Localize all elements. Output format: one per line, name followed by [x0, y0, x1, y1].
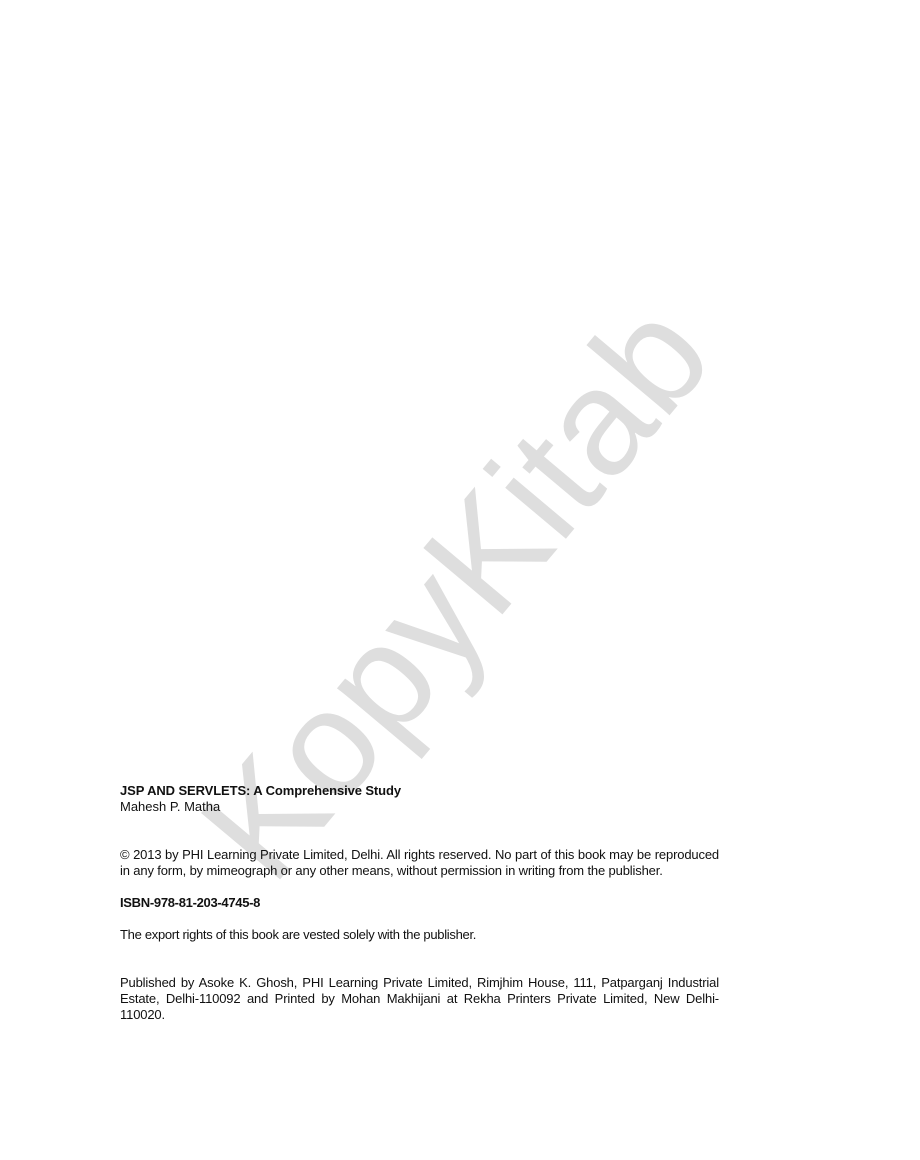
- book-title: JSP AND SERVLETS: A Comprehensive Study: [120, 783, 719, 799]
- export-rights-notice: The export rights of this book are veste…: [120, 927, 719, 943]
- isbn: ISBN-978-81-203-4745-8: [120, 895, 719, 911]
- book-author: Mahesh P. Matha: [120, 799, 719, 815]
- publisher-info: Published by Asoke K. Ghosh, PHI Learnin…: [120, 975, 719, 1023]
- imprint-page-content: JSP AND SERVLETS: A Comprehensive Study …: [120, 783, 719, 1023]
- copyright-notice: © 2013 by PHI Learning Private Limited, …: [120, 847, 719, 879]
